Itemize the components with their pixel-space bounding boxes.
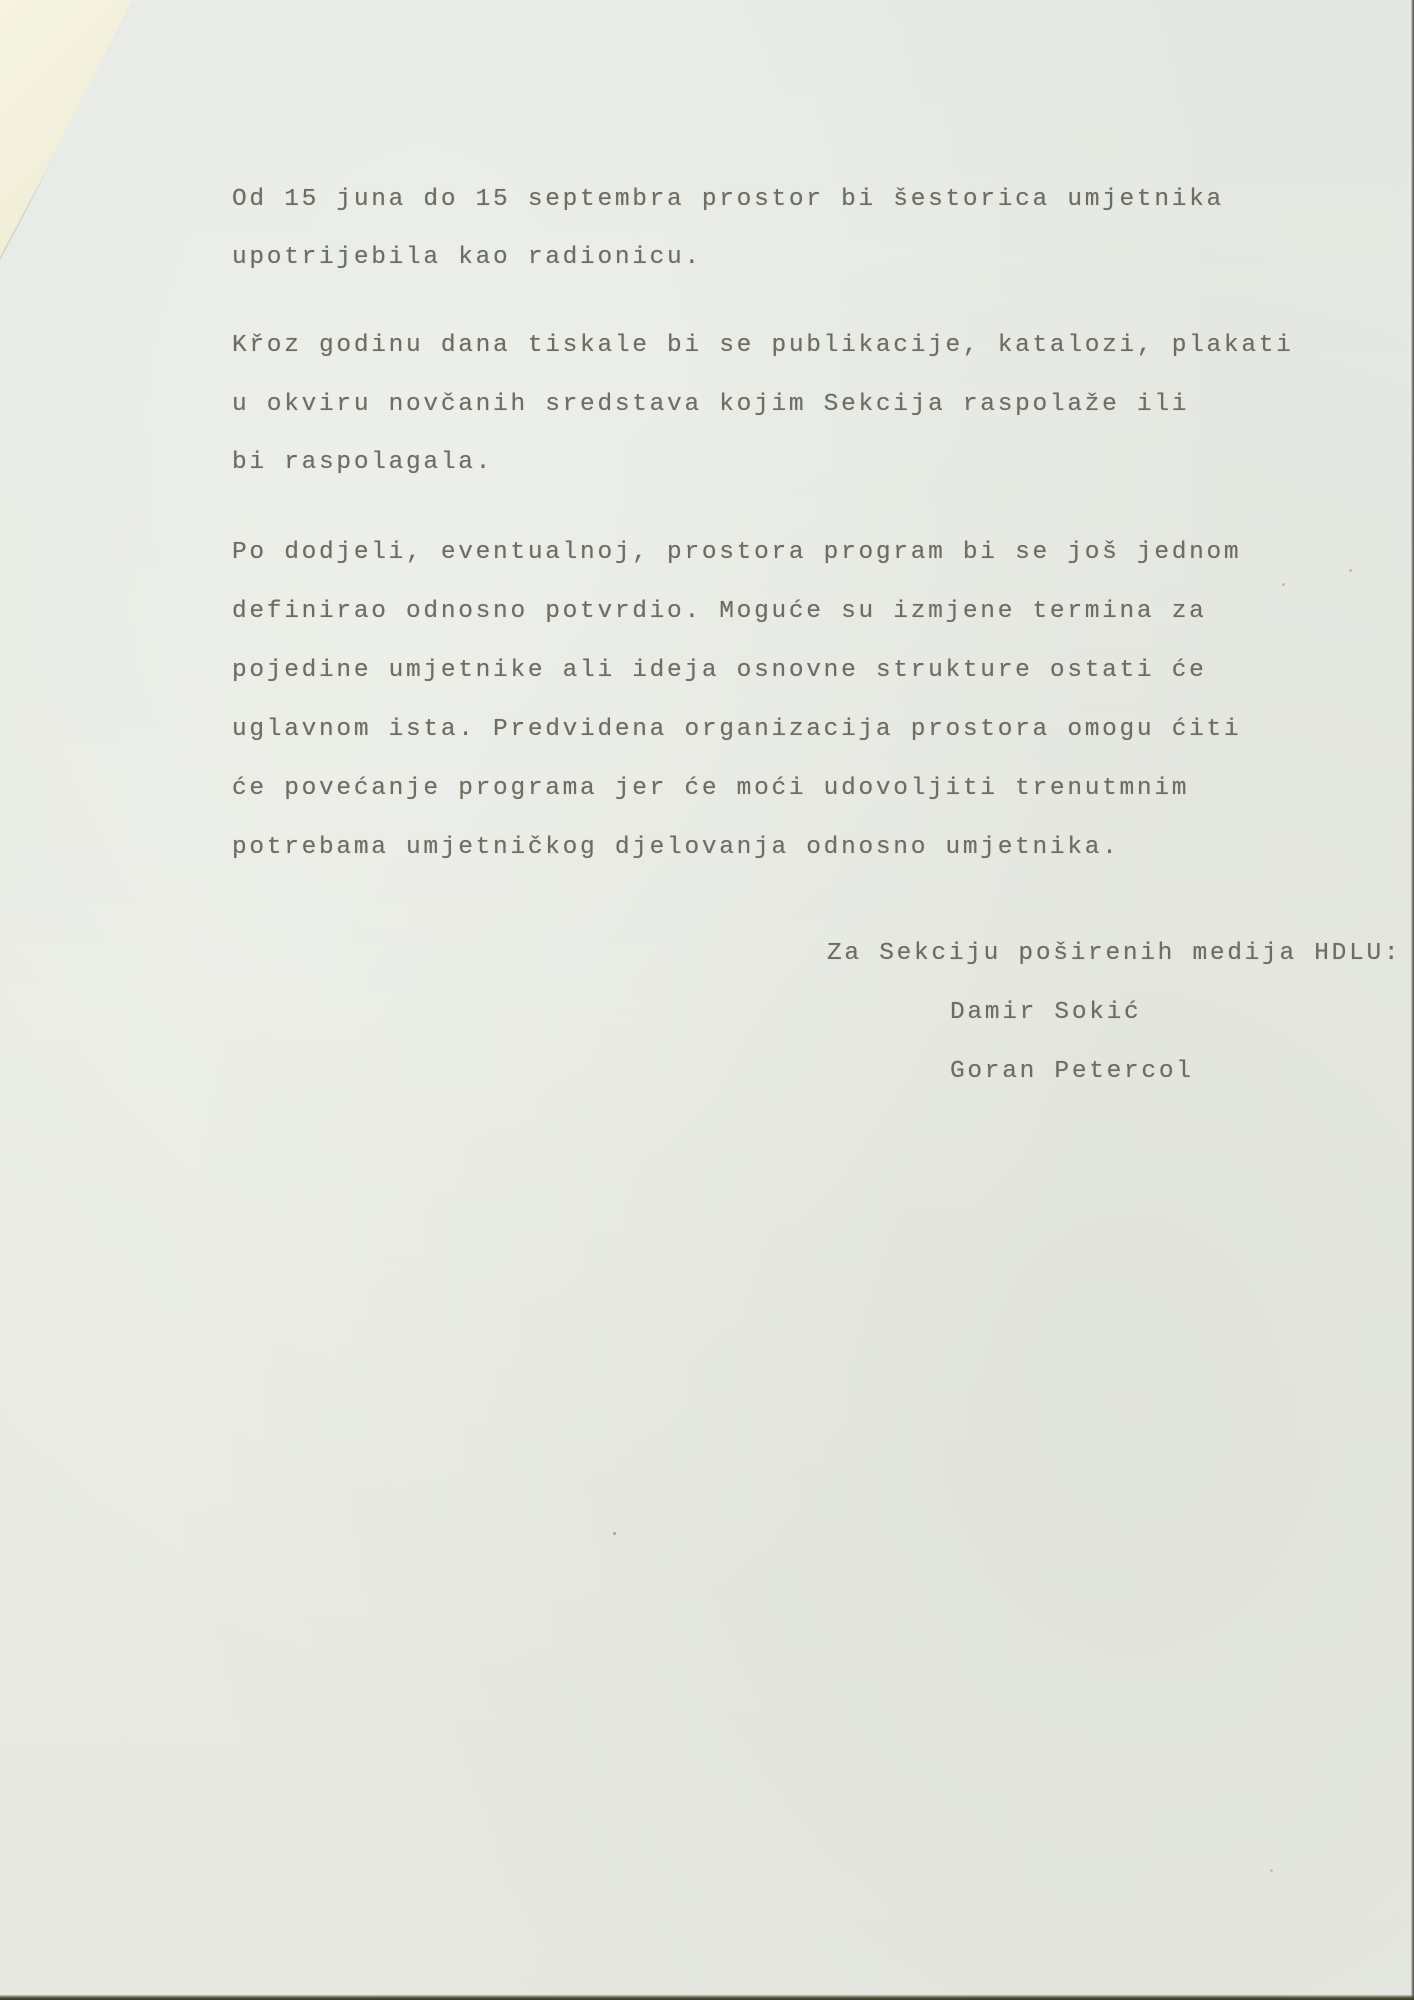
paragraph-1-line-2: upotrijebila kao radionicu.	[232, 244, 702, 272]
paragraph-3-line-5: će povećanje programa jer će moći udovol…	[232, 775, 1189, 803]
paragraph-2-line-3: bi raspolagala.	[232, 449, 493, 477]
paragraph-2-line-2: u okviru novčanih sredstava kojim Sekcij…	[232, 391, 1189, 419]
paper-speck	[1270, 1869, 1273, 1872]
paragraph-3-line-4: uglavnom ista. Predvidena organizacija p…	[232, 716, 1241, 744]
paragraph-1-line-1: Od 15 juna do 15 septembra prostor bi še…	[232, 186, 1224, 214]
page-bottom-edge	[0, 1995, 1414, 2000]
document-page: Od 15 juna do 15 septembra prostor bi še…	[0, 0, 1414, 2000]
signatory-name: Damir Sokić	[950, 999, 1141, 1027]
signatory-name: Goran Petercol	[950, 1058, 1194, 1086]
paper-speck	[1349, 569, 1352, 572]
paragraph-3-line-6: potrebama umjetničkog djelovanja odnosno…	[232, 834, 1120, 862]
paragraph-3-line-2: definirao odnosno potvrdio. Moguće su iz…	[232, 598, 1207, 626]
signature-heading: Za Sekciju poširenih medija HDLU:	[827, 940, 1401, 968]
folded-corner	[0, 0, 140, 260]
paper-speck	[613, 1532, 616, 1535]
paragraph-3-line-3: pojedine umjetnike ali ideja osnovne str…	[232, 657, 1207, 685]
paragraph-2-line-1: Křoz godinu dana tiskale bi se publikaci…	[232, 332, 1294, 360]
paper-speck	[1282, 583, 1285, 586]
paragraph-3-line-1: Po dodjeli, eventualnoj, prostora progra…	[232, 539, 1241, 567]
